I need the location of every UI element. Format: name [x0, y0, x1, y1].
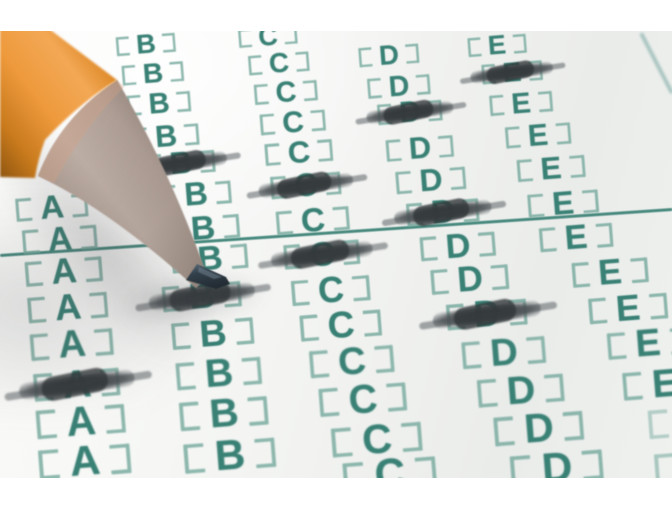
- pencil: [0, 31, 672, 478]
- photo-area: AAAAAAAABBBBBBBBBBBBBCCCCCCCCCCCCCCDDDDD…: [0, 31, 672, 478]
- scantron-pencil-photo: AAAAAAAABBBBBBBBBBBBBCCCCCCCCCCCCCCDDDDD…: [0, 0, 672, 510]
